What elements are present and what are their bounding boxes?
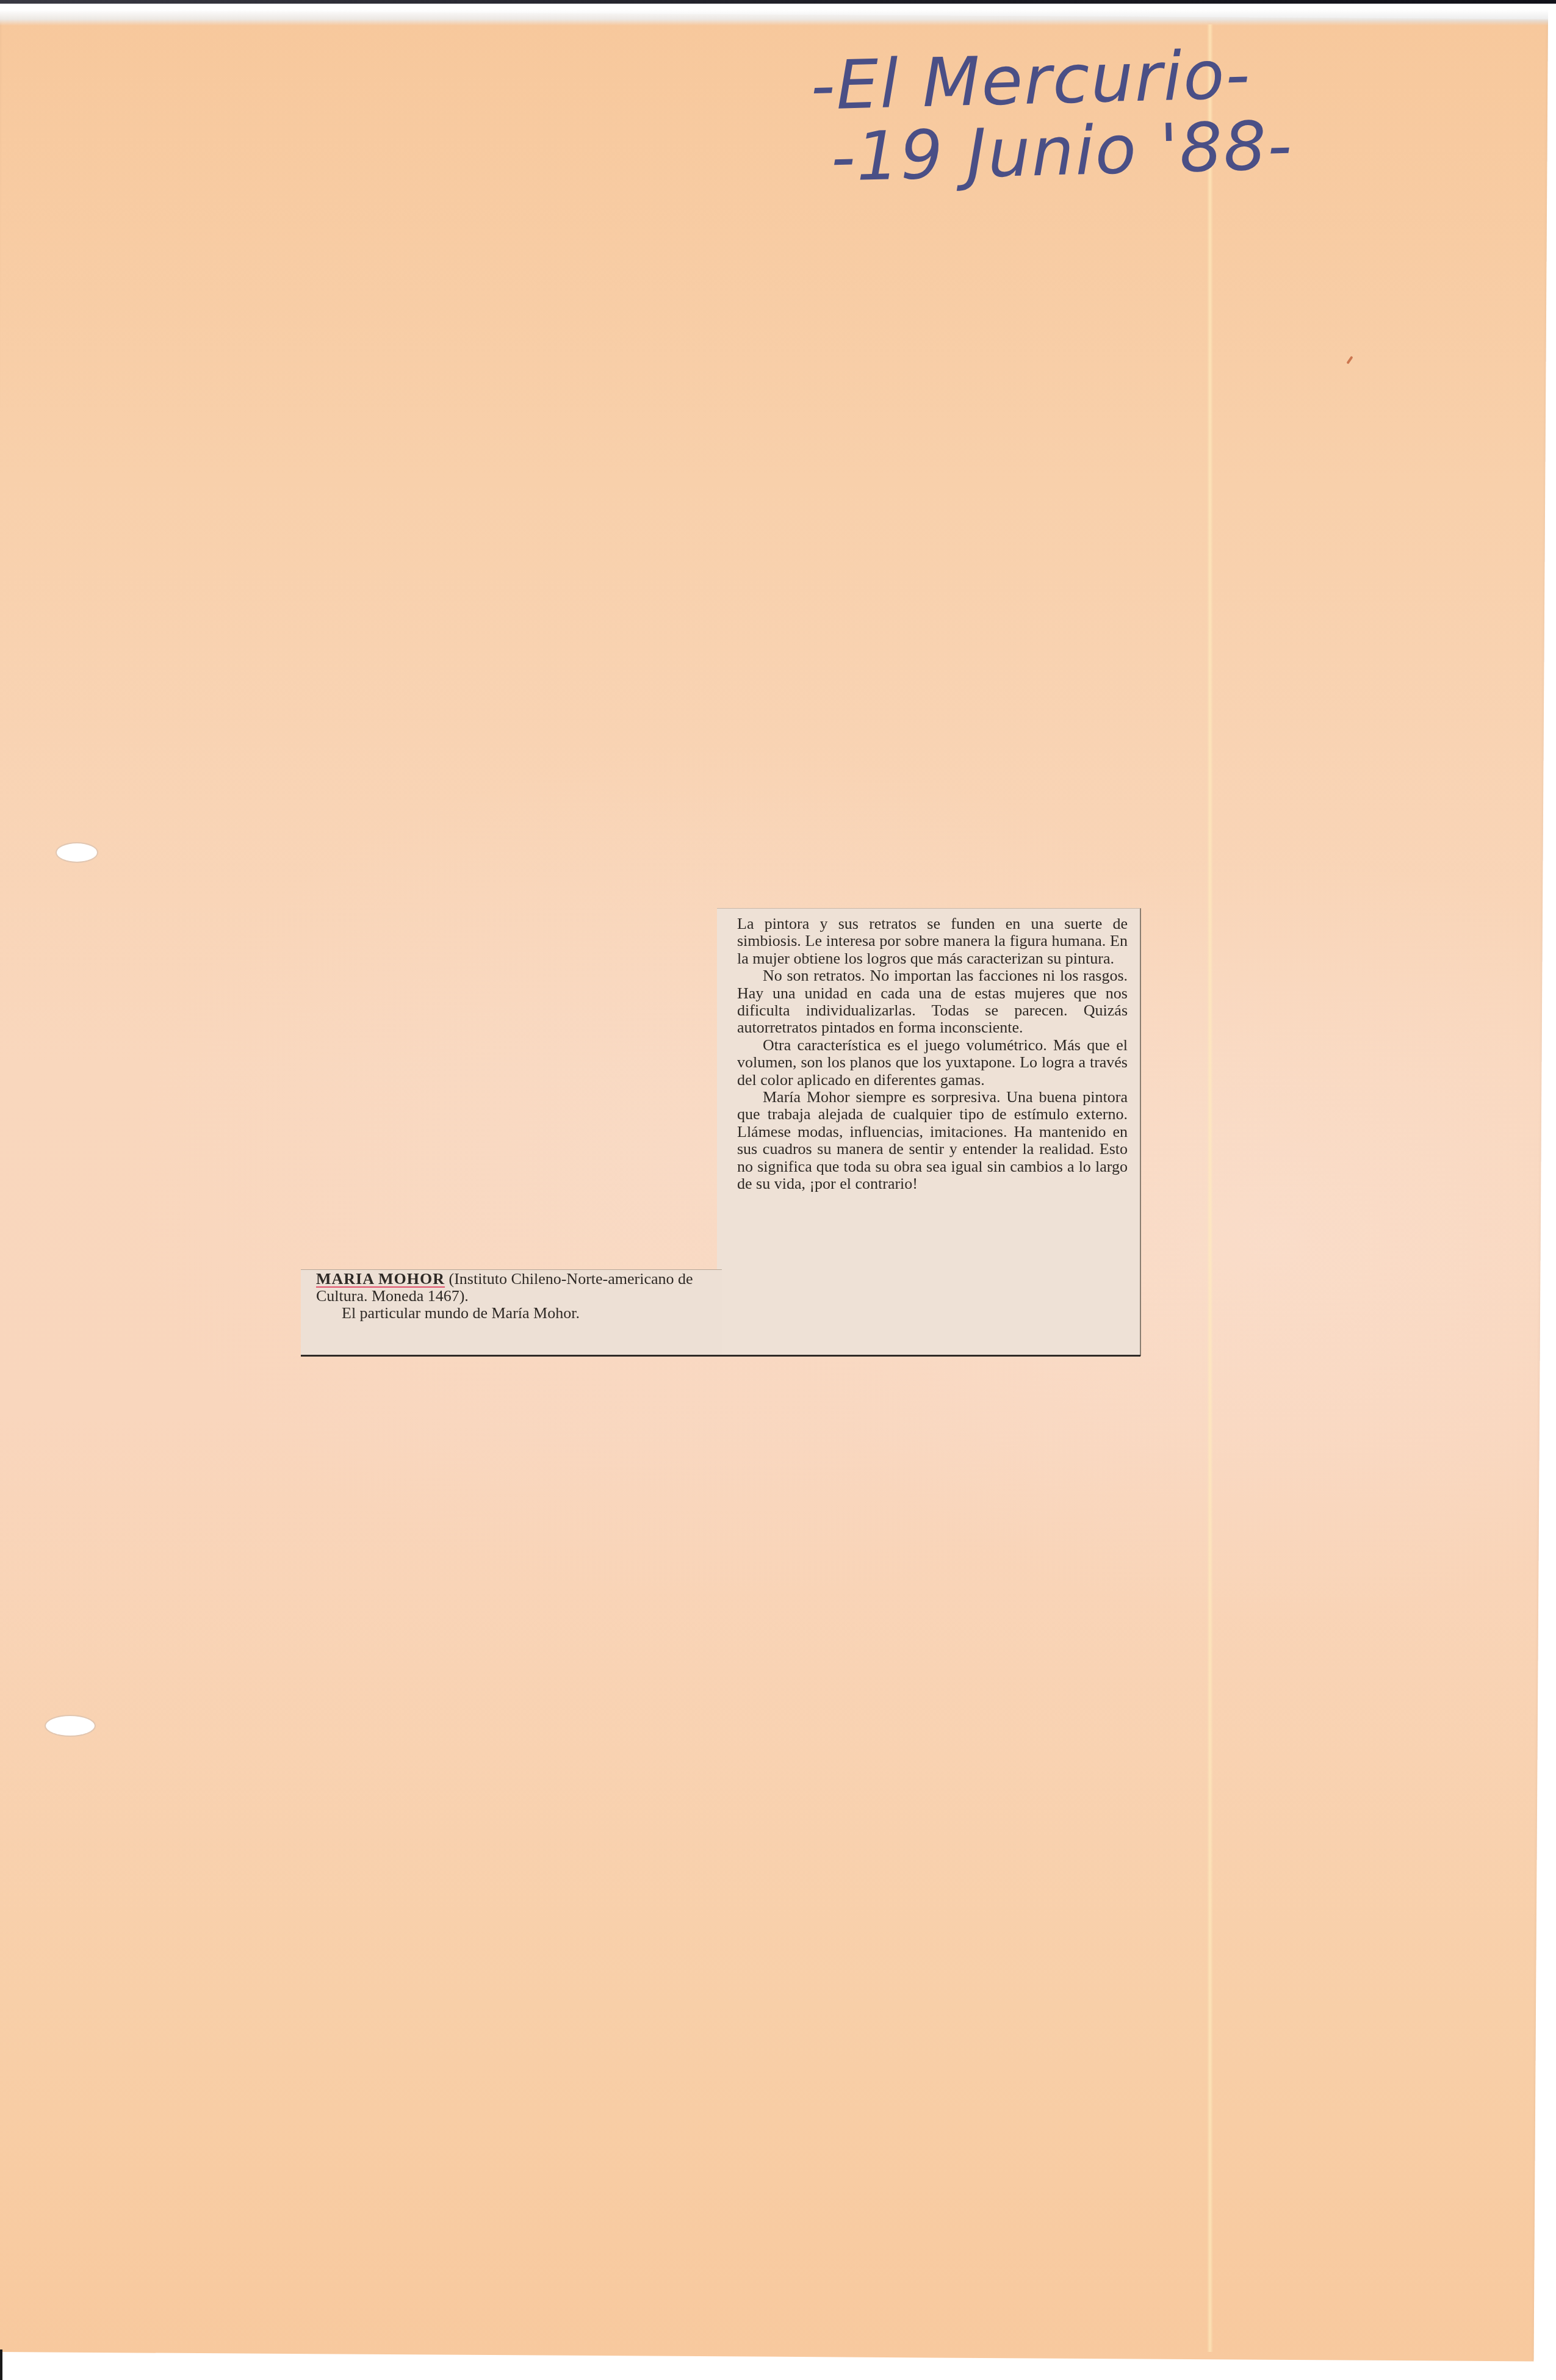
handwritten-date: -19 Junio '88-	[799, 107, 1375, 195]
sheet-fold-line	[1207, 24, 1213, 2352]
article-paragraph: María Mohor siempre es sorpresiva. Una b…	[737, 1089, 1128, 1192]
scanner-edge	[0, 0, 1556, 4]
article-paragraph: Otra característica es el juego volumétr…	[737, 1037, 1128, 1089]
artist-name: MARIA MOHOR	[316, 1270, 445, 1288]
article-paragraph: La pintora y sus retratos se funden en u…	[737, 915, 1128, 967]
punch-hole-top	[57, 843, 97, 862]
article-paragraph: No son retratos. No importan las faccion…	[737, 967, 1128, 1037]
article-subtitle: El particular mundo de María Mohor.	[316, 1305, 707, 1322]
clipping-bottom-rule	[301, 1355, 1140, 1357]
punch-hole-bottom	[46, 1716, 95, 1736]
article-body: La pintora y sus retratos se funden en u…	[737, 915, 1128, 1193]
handwritten-source-note: -El Mercurio- -19 Junio '88-	[798, 35, 1375, 195]
sheet-top-shadow	[0, 10, 1548, 26]
exhibition-caption: MARIA MOHOR (Instituto Chileno-Norte-ame…	[316, 1271, 707, 1322]
scanner-corner	[0, 2349, 2, 2380]
